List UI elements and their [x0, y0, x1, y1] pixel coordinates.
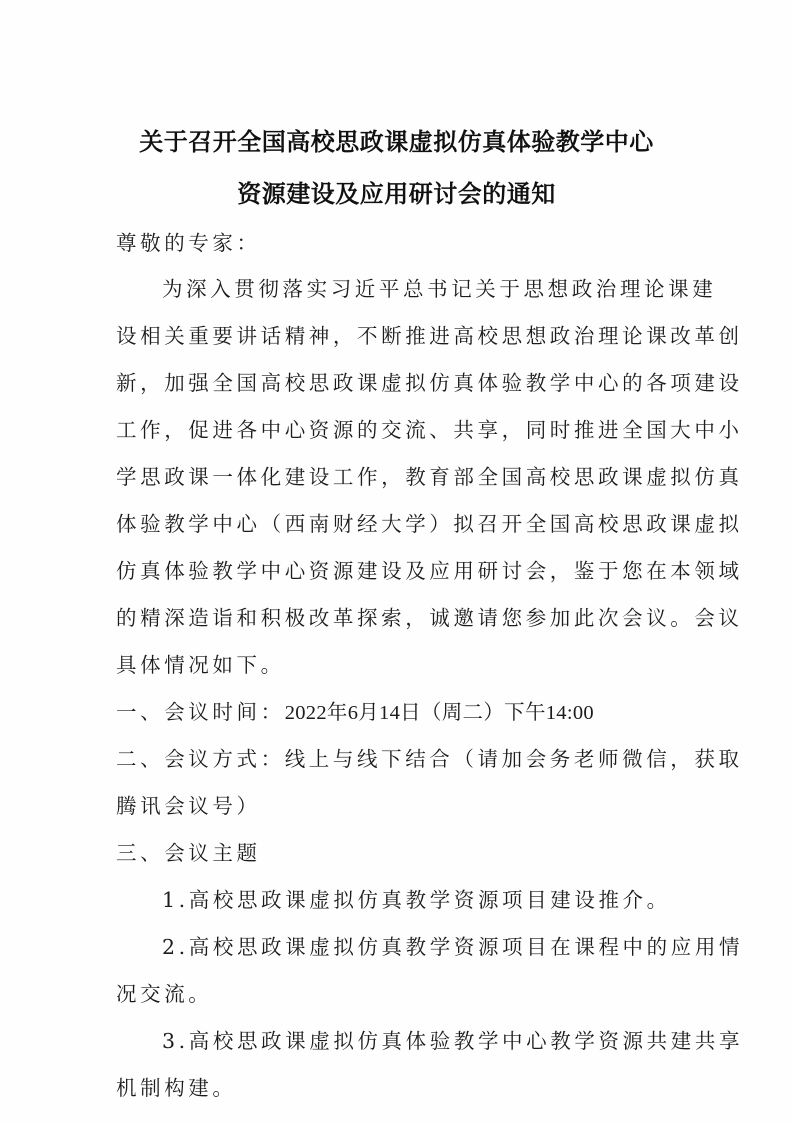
document-title-line-2: 资源建设及应用研讨会的通知 [0, 174, 793, 209]
meeting-format-value-cont: 腾讯会议号） [116, 792, 261, 820]
meeting-format-value: 线上与线下结合（请加会务老师微信，获取 [285, 747, 743, 771]
intro-line: 新，加强全国高校思政课虚拟仿真体验教学中心的各项建设 [116, 369, 743, 397]
section-meeting-format: 二、会议方式：线上与线下结合（请加会务老师微信，获取 [116, 745, 743, 773]
intro-line: 为深入贯彻落实习近平总书记关于思想政治理论课建 [162, 275, 716, 303]
topic-item-cont: 况交流。 [116, 980, 212, 1008]
intro-line: 工作，促进各中心资源的交流、共享，同时推进全国大中小 [116, 416, 743, 444]
intro-line: 仿真体验教学中心资源建设及应用研讨会，鉴于您在本领域 [116, 557, 743, 585]
intro-line: 的精深造诣和积极改革探索，诚邀请您参加此次会议。会议 [116, 604, 743, 632]
intro-line: 设相关重要讲话精神，不断推进高校思想政治理论课改革创 [116, 322, 743, 350]
topic-item: 2.高校思政课虚拟仿真教学资源项目在课程中的应用情 [162, 933, 743, 961]
meeting-time-value: 2022年6月14日（周二）下午14:00 [285, 702, 594, 724]
topic-item: 1.高校思政课虚拟仿真教学资源项目建设推介。 [162, 886, 671, 914]
document-page: 关于召开全国高校思政课虚拟仿真体验教学中心 资源建设及应用研讨会的通知 尊敬的专… [0, 0, 793, 1122]
section-label: 一、会议时间： [116, 700, 285, 724]
section-meeting-topics: 三、会议主题 [116, 839, 261, 867]
document-title-line-1: 关于召开全国高校思政课虚拟仿真体验教学中心 [0, 122, 793, 157]
intro-line: 具体情况如下。 [116, 651, 285, 679]
intro-line: 体验教学中心（西南财经大学）拟召开全国高校思政课虚拟 [116, 510, 743, 538]
topic-item-cont: 机制构建。 [116, 1074, 237, 1102]
intro-line: 学思政课一体化建设工作，教育部全国高校思政课虚拟仿真 [116, 463, 743, 491]
topic-item: 3.高校思政课虚拟仿真体验教学中心教学资源共建共享 [162, 1027, 743, 1055]
salutation: 尊敬的专家： [116, 229, 261, 257]
section-label: 二、会议方式： [116, 747, 285, 771]
section-meeting-time: 一、会议时间：2022年6月14日（周二）下午14:00 [116, 698, 594, 727]
